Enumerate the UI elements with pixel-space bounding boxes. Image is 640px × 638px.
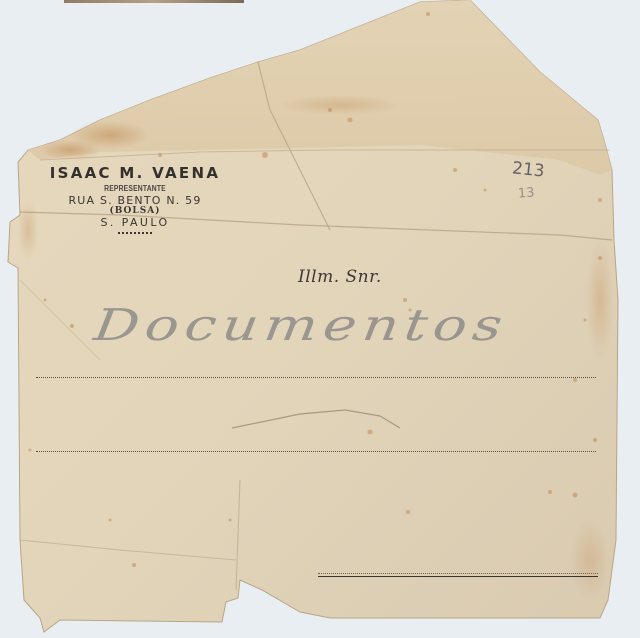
letterhead-divider bbox=[118, 232, 152, 234]
sender-role: REPRESENTANTE bbox=[46, 184, 225, 193]
pencil-annotation-number: 213 bbox=[511, 158, 545, 181]
sender-city: S. PAULO bbox=[30, 216, 240, 229]
address-line-2 bbox=[36, 451, 596, 452]
address-line-1 bbox=[36, 377, 596, 378]
sender-letterhead: ISAAC M. VAENA REPRESENTANTE RUA S. BENT… bbox=[30, 164, 240, 234]
pencil-annotation-mark: 13 bbox=[517, 185, 535, 201]
recipient-salutation: Illm. Snr. bbox=[298, 267, 382, 287]
sender-name: ISAAC M. VAENA bbox=[30, 164, 240, 182]
handwritten-label: Documentos bbox=[91, 300, 511, 351]
sender-district: (BOLSA) bbox=[30, 206, 240, 216]
address-line-3 bbox=[318, 576, 598, 577]
scanned-envelope-scene: ISAAC M. VAENA REPRESENTANTE RUA S. BENT… bbox=[0, 0, 640, 638]
